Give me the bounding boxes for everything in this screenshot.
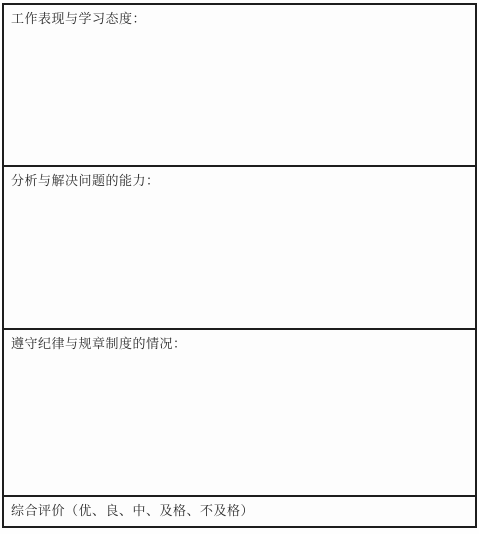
evaluation-form-table: 工作表现与学习态度： 分析与解决问题的能力： 遵守纪律与规章制度的情况： 综合评… (2, 3, 477, 528)
section-discipline-compliance: 遵守纪律与规章制度的情况： (4, 330, 475, 497)
section-blank-area-problem-solving (11, 190, 468, 328)
section-label-overall-evaluation: 综合评价（优、良、中、及格、不及格） (11, 502, 468, 520)
section-blank-area-work-performance (11, 28, 468, 165)
section-problem-solving: 分析与解决问题的能力： (4, 167, 475, 330)
section-work-performance: 工作表现与学习态度： (4, 5, 475, 167)
section-label-work-performance: 工作表现与学习态度： (11, 10, 468, 28)
section-label-discipline-compliance: 遵守纪律与规章制度的情况： (11, 335, 468, 353)
scanned-form-page: 工作表现与学习态度： 分析与解决问题的能力： 遵守纪律与规章制度的情况： 综合评… (0, 0, 479, 534)
section-label-problem-solving: 分析与解决问题的能力： (11, 172, 468, 190)
section-overall-evaluation: 综合评价（优、良、中、及格、不及格） (4, 497, 475, 526)
section-blank-area-discipline-compliance (11, 353, 468, 495)
